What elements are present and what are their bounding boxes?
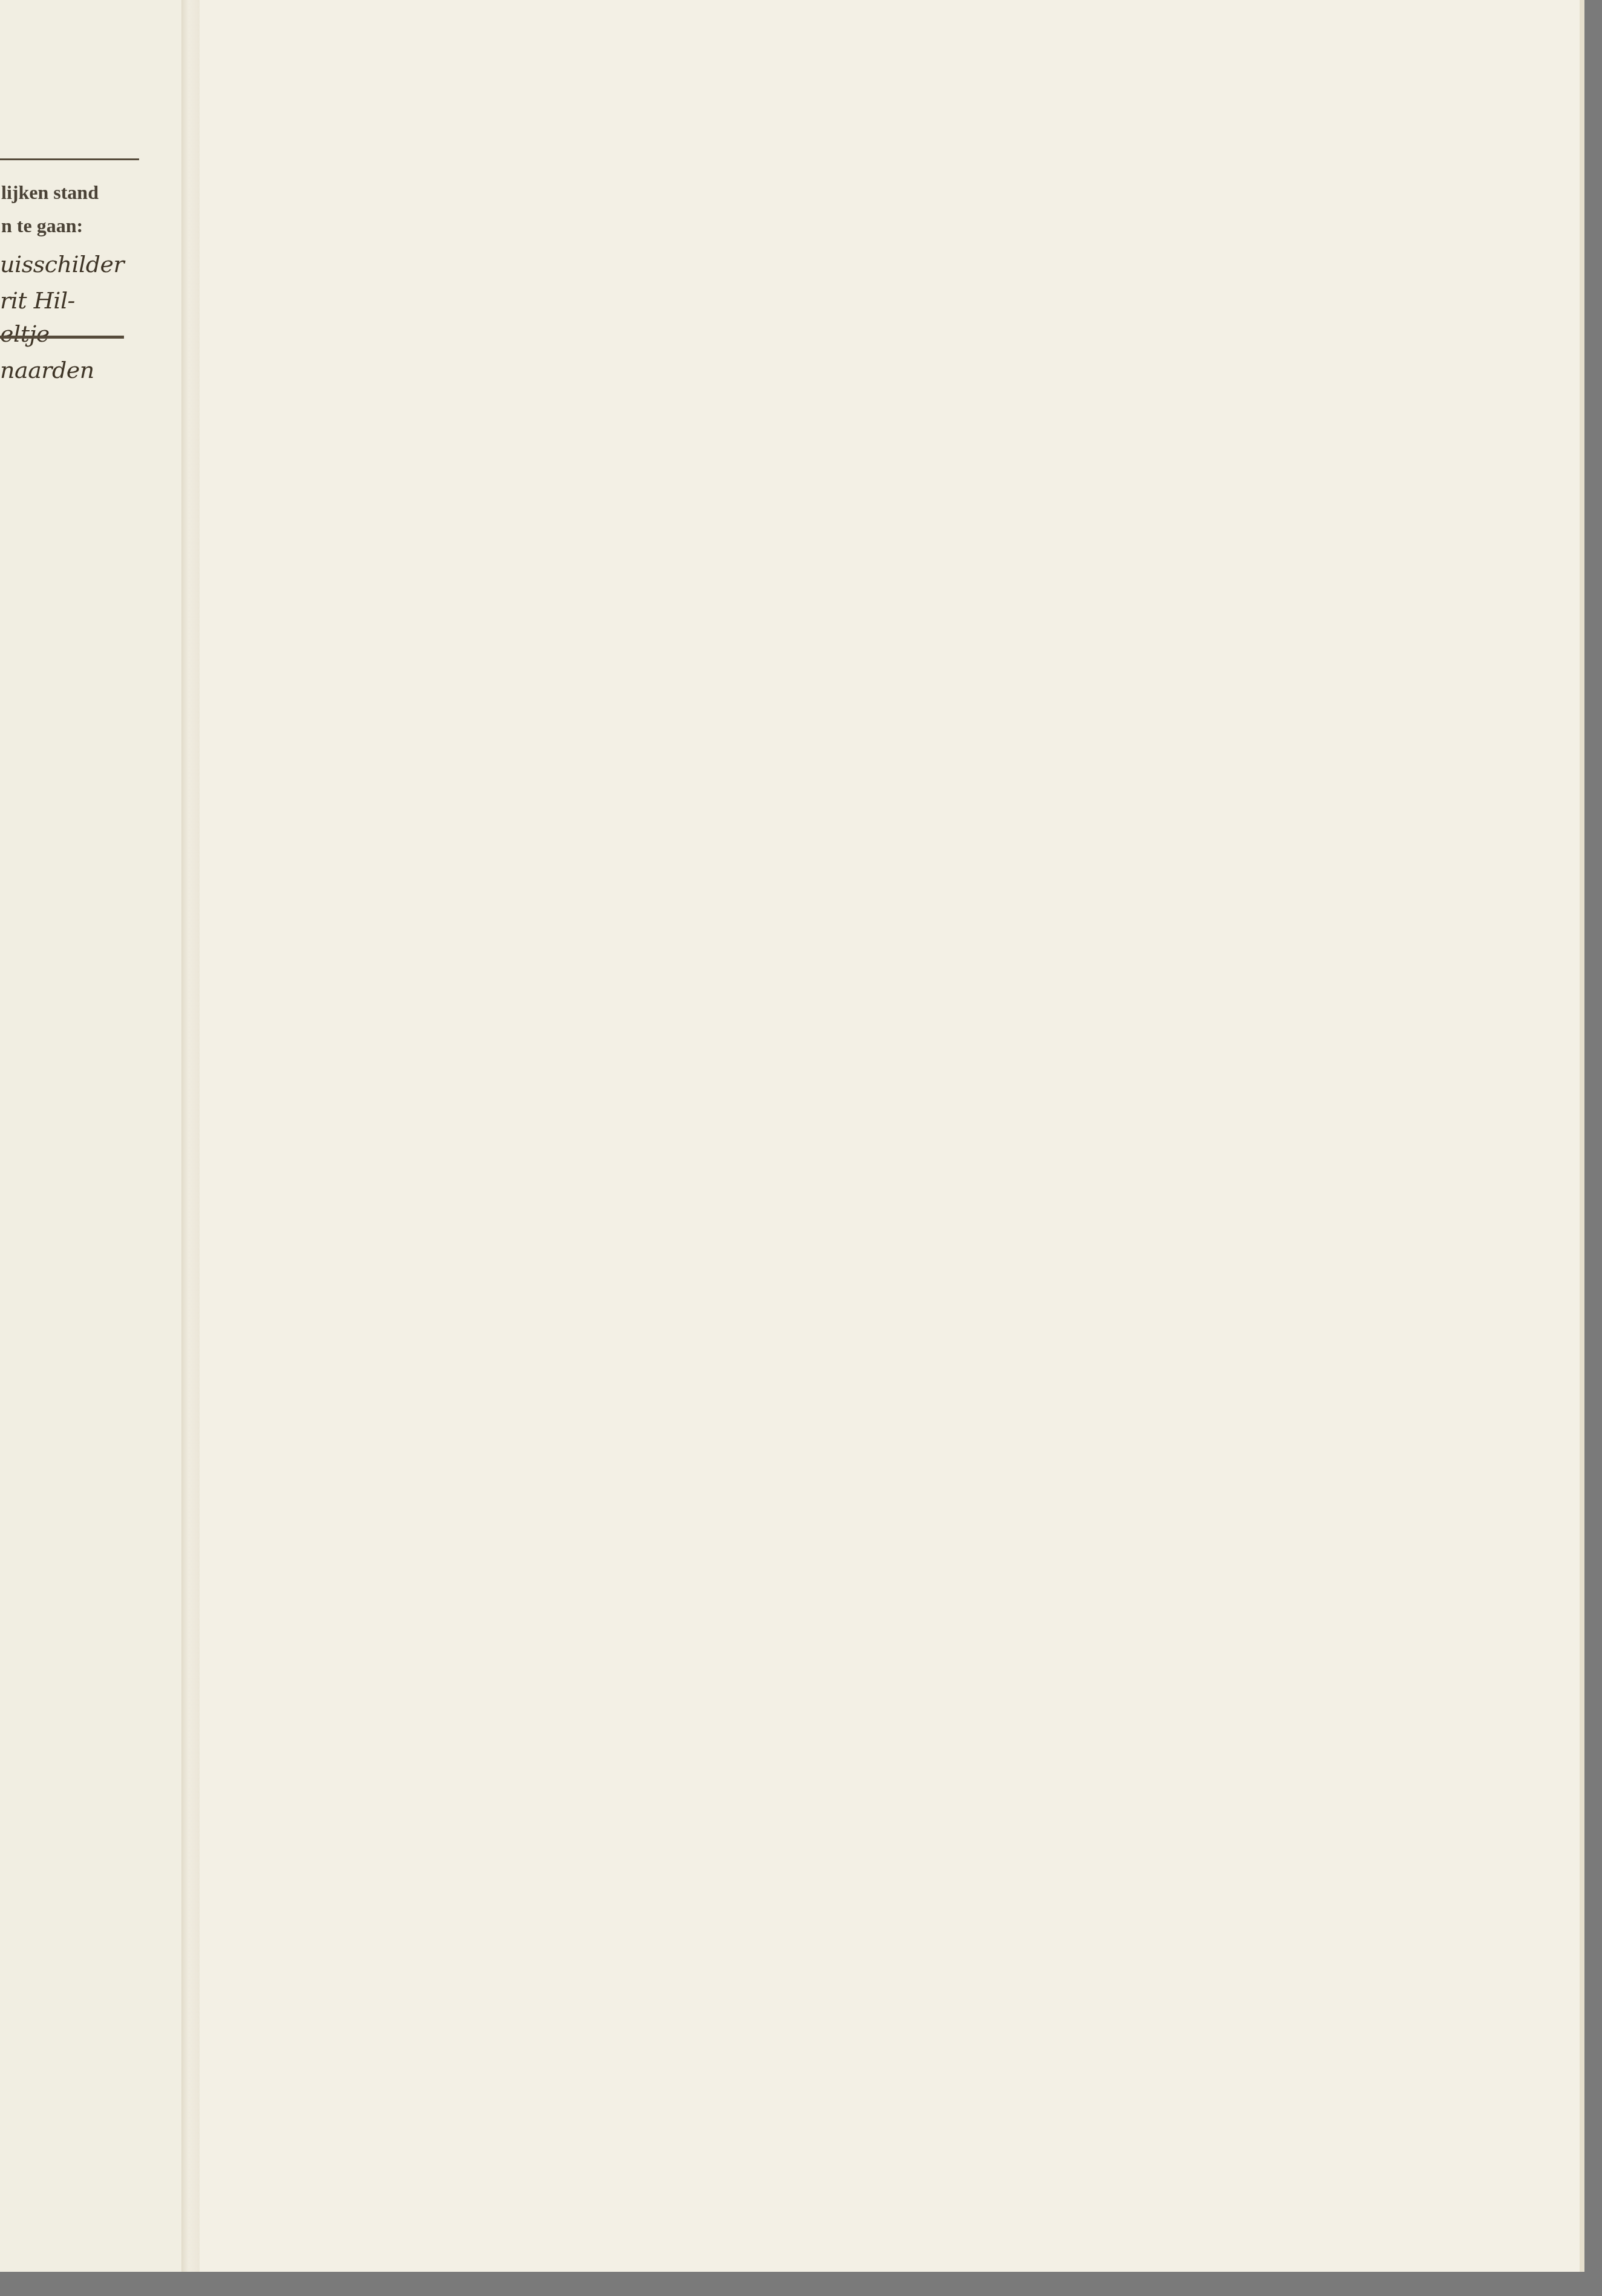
left-printed: n te gaan: [1, 215, 83, 237]
left-handwriting: uisschilder [0, 251, 124, 278]
register-page [200, 0, 1584, 2296]
left-handwriting: rit Hil- [0, 287, 75, 314]
left-printed: lijken stand [1, 181, 99, 204]
scan-border-right [1584, 0, 1602, 2296]
left-handwriting: eltje [0, 320, 50, 347]
book-gutter [181, 0, 200, 2296]
scan-border-bottom [0, 2272, 1602, 2296]
page-edge [1580, 0, 1584, 2296]
left-handwriting: naarden [0, 357, 94, 383]
